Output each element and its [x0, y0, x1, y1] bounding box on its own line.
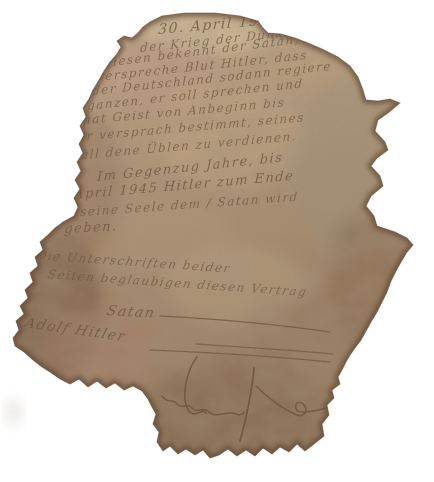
parchment-body: 30. April 1932 der Krieg der Dunkelheit … [0, 0, 434, 482]
body-line: geben. [64, 219, 119, 237]
background-smudge [7, 400, 21, 424]
parchment-graphic: 30. April 1932 der Krieg der Dunkelheit … [0, 0, 434, 482]
photo-of-torn-parchment: 30. April 1932 der Krieg der Dunkelheit … [0, 0, 434, 482]
satan-signature-text: Satan [105, 303, 157, 321]
